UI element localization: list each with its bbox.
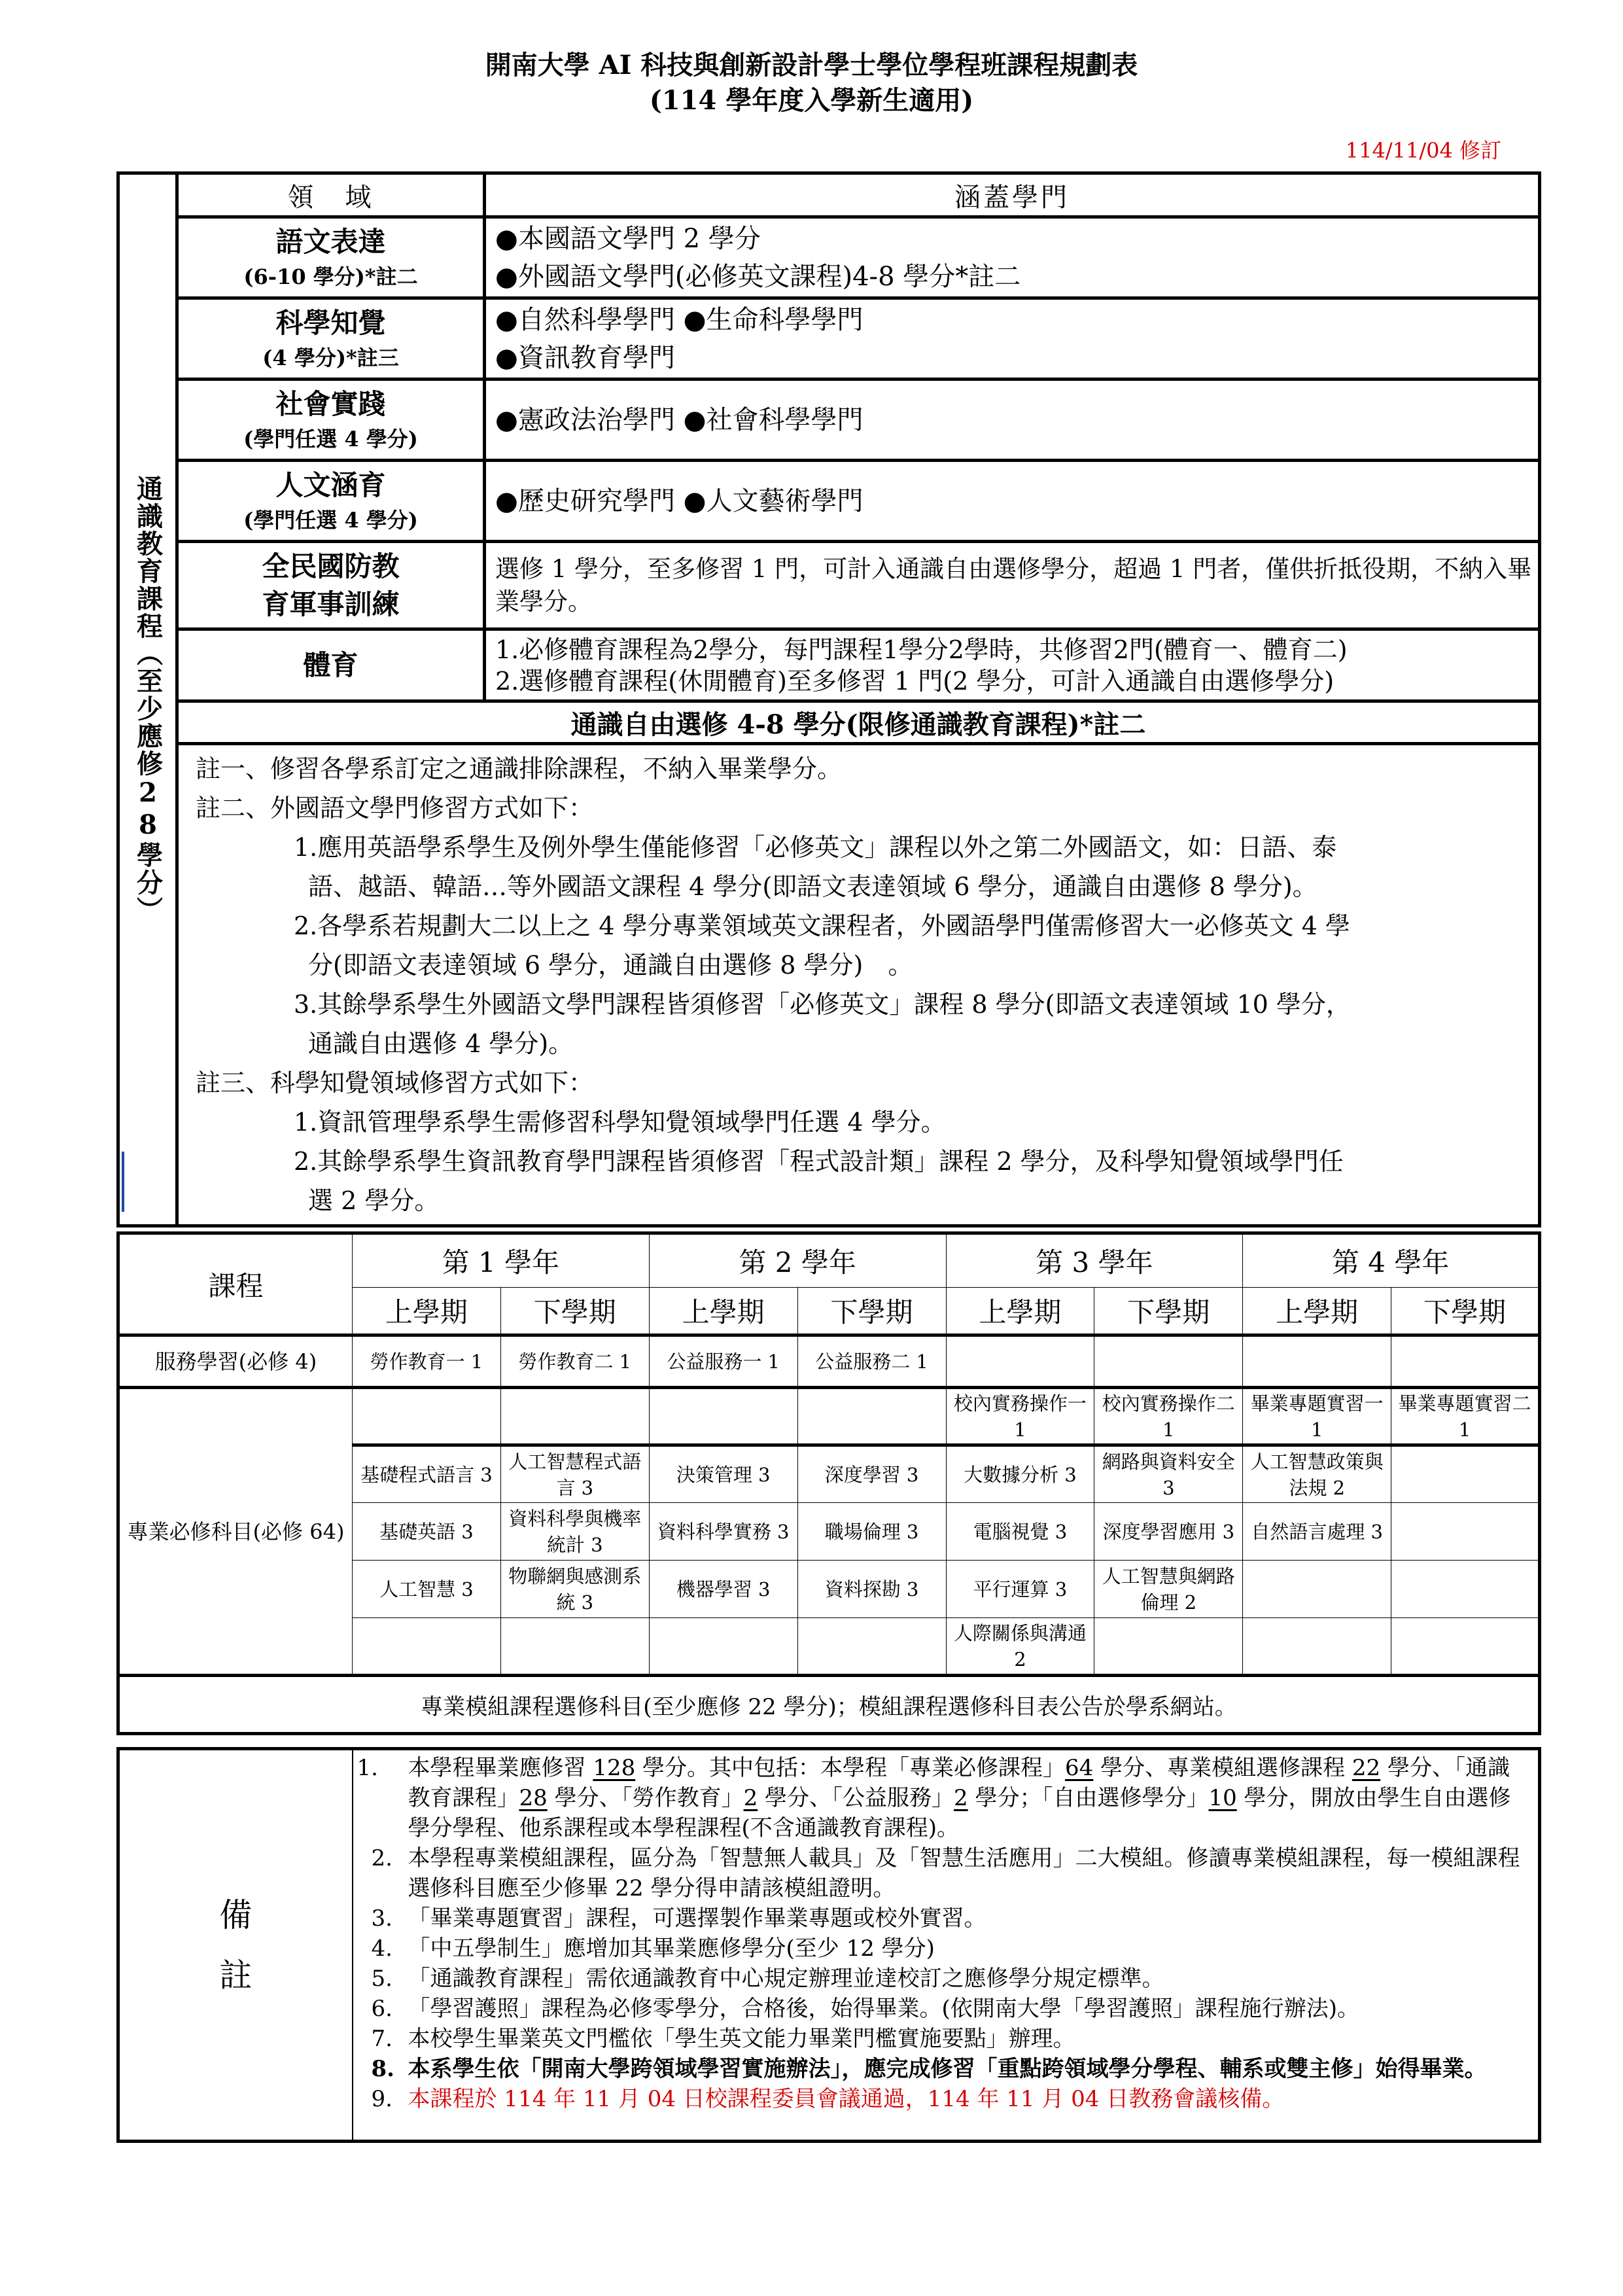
general-education-table: 通識教育課程（至少應修28學分） 領 域 涵蓋學門 語文表達(6-10 學分)*… (116, 171, 1541, 1227)
course-cell (1391, 1335, 1540, 1388)
course-cell (649, 1618, 797, 1676)
remarks-label: 備 註 (118, 1749, 353, 2142)
year-1-header: 第 1 學年 (353, 1233, 650, 1288)
course-cell (649, 1388, 797, 1445)
domain-row-defense: 全民國防教育軍事訓練 選修 1 學分，至多修習 1 門，可計入通識自由選修學分，… (118, 542, 1540, 629)
domain-name: 社會實踐 (179, 385, 483, 423)
course-cell (1243, 1335, 1391, 1388)
subject-line: ●本國語文學門 2 學分 (495, 220, 1538, 258)
free-elective-heading: 通識自由選修 4-8 學分(限修通識教育課程)*註二 (177, 701, 1540, 744)
remarks-list: 1. 本學程畢業應修習 128 學分。其中包括：本學程「專業必修課程」64 學分… (353, 1749, 1540, 2142)
domain-row-language: 語文表達(6-10 學分)*註二 ●本國語文學門 2 學分●外國語文學門(必修英… (118, 217, 1540, 298)
domain-name: 全民國防教 (179, 548, 483, 586)
year-3-header: 第 3 學年 (946, 1233, 1243, 1288)
course-cell: 公益服務二 1 (797, 1335, 946, 1388)
note-2-item: 1.應用英語學系學生及例外學生僅能修習「必修英文」課程以外之第二外國語文，如：日… (196, 828, 1529, 867)
domain-credits: (學門任選 4 學分) (179, 423, 483, 455)
defense-description: 選修 1 學分，至多修習 1 門，可計入通識自由選修學分，超過 1 門者，僅供折… (485, 542, 1540, 629)
domain-credits: (6-10 學分)*註二 (179, 261, 483, 292)
course-cell: 自然語言處理 3 (1243, 1503, 1391, 1561)
subject-line: ●自然科學學門 ●生命科學學門 (495, 301, 1538, 339)
remark-item-1: 1. 本學程畢業應修習 128 學分。其中包括：本學程「專業必修課程」64 學分… (357, 1753, 1532, 1843)
domain-name: 體育 (179, 646, 483, 684)
course-cell (797, 1388, 946, 1445)
course-cell: 平行運算 3 (946, 1561, 1094, 1618)
subject-line: ●歷史研究學門 ●人文藝術學門 (495, 482, 1538, 520)
domain-credits: (4 學分)*註三 (179, 342, 483, 374)
note-2-item: 3.其餘學系學生外國語文學門課程皆須修習「必修英文」課程 8 學分(即語文表達領… (196, 985, 1529, 1024)
course-cell: 資料科學與機率統計 3 (500, 1503, 649, 1561)
course-cell (1391, 1561, 1540, 1618)
course-cell: 人工智慧程式語言 3 (500, 1445, 649, 1503)
course-cell: 大數據分析 3 (946, 1445, 1094, 1503)
domain-credits: (學門任選 4 學分) (179, 504, 483, 536)
note-3-item-cont: 選 2 學分。 (196, 1181, 1529, 1220)
course-cell: 勞作教育一 1 (353, 1335, 501, 1388)
note-2-item-cont: 通識自由選修 4 學分)。 (196, 1024, 1529, 1063)
domain-row-humanities: 人文涵育(學門任選 4 學分) ●歷史研究學門 ●人文藝術學門 (118, 461, 1540, 542)
note-2-item-cont: 語、越語、韓語…等外國語文課程 4 學分(即語文表達領域 6 學分，通識自由選修… (196, 867, 1529, 906)
semester-header: 下學期 (1094, 1288, 1243, 1335)
domain-row-science: 科學知覺(4 學分)*註三 ●自然科學學門 ●生命科學學門●資訊教育學門 (118, 298, 1540, 380)
year-2-header: 第 2 學年 (649, 1233, 946, 1288)
semester-header: 下學期 (797, 1288, 946, 1335)
course-cell: 勞作教育二 1 (500, 1335, 649, 1388)
course-cell: 人工智慧與網路倫理 2 (1094, 1561, 1243, 1618)
domain-name: 科學知覺 (179, 304, 483, 342)
pe-line: 2.選修體育課程(休閒體育)至多修習 1 門(2 學分，可計入通識自由選修學分) (495, 665, 1538, 697)
course-cell: 校內實務操作一 1 (946, 1388, 1094, 1445)
note-1: 註一、修習各學系訂定之通識排除課程，不納入畢業學分。 (196, 749, 1529, 788)
course-cell: 資料科學實務 3 (649, 1503, 797, 1561)
course-cell: 物聯網與感測系統 3 (500, 1561, 649, 1618)
year-4-header: 第 4 學年 (1243, 1233, 1540, 1288)
domain-row-social: 社會實踐(學門任選 4 學分) ●憲政法治學門 ●社會科學學門 (118, 380, 1540, 461)
course-cell: 資料探勘 3 (797, 1561, 946, 1618)
course-cell: 人工智慧 3 (353, 1561, 501, 1618)
course-cell: 網路與資料安全 3 (1094, 1445, 1243, 1503)
remark-item-4: 4.「中五學制生」應增加其畢業應修學分(至少 12 學分) (357, 1934, 1532, 1964)
course-cell (1391, 1445, 1540, 1503)
general-education-notes: 註一、修習各學系訂定之通識排除課程，不納入畢業學分。 註二、外國語文學門修習方式… (177, 744, 1540, 1226)
subject-line: ●資訊教育學門 (495, 339, 1538, 377)
course-cell: 職場倫理 3 (797, 1503, 946, 1561)
course-cell: 基礎程式語言 3 (353, 1445, 501, 1503)
remark-item-5: 5.「通識教育課程」需依通識教育中心規定辦理並達校訂之應修學分規定標準。 (357, 1964, 1532, 1994)
remarks-table: 備 註 1. 本學程畢業應修習 128 學分。其中包括：本學程「專業必修課程」6… (116, 1747, 1541, 2143)
domain-name-cont: 育軍事訓練 (179, 586, 483, 624)
required-courses-label: 專業必修科目(必修 64) (118, 1388, 353, 1676)
course-cell: 深度學習 3 (797, 1445, 946, 1503)
course-cell: 基礎英語 3 (353, 1503, 501, 1561)
general-education-vertical-label: 通識教育課程（至少應修28學分） (118, 173, 177, 1226)
course-cell (1391, 1618, 1540, 1676)
course-cell: 深度學習應用 3 (1094, 1503, 1243, 1561)
semester-header: 上學期 (353, 1288, 501, 1335)
course-cell (1094, 1335, 1243, 1388)
curriculum-grid: 課程 第 1 學年 第 2 學年 第 3 學年 第 4 學年 上學期 下學期 上… (116, 1231, 1541, 1735)
course-cell (797, 1618, 946, 1676)
remark-item-3: 3.「畢業專題實習」課程，可選擇製作畢業專題或校外實習。 (357, 1903, 1532, 1934)
document-title: 開南大學 AI 科技與創新設計學士學位學程班課程規劃表 (0, 44, 1623, 82)
domain-name: 人文涵育 (179, 467, 483, 504)
course-cell (353, 1388, 501, 1445)
semester-header: 下學期 (500, 1288, 649, 1335)
blue-edit-mark (122, 1152, 124, 1212)
remark-item-2: 2.本學程專業模組課程，區分為「智慧無人載具」及「智慧生活應用」二大模組。修讀專… (357, 1843, 1532, 1903)
header-subjects: 涵蓋學門 (485, 173, 1540, 217)
note-2-title: 註二、外國語文學門修習方式如下： (196, 788, 1529, 828)
course-cell (1391, 1503, 1540, 1561)
note-2-item-cont: 分(即語文表達領域 6 學分，通識自由選修 8 學分) 。 (196, 945, 1529, 985)
course-cell (500, 1618, 649, 1676)
module-elective-note: 專業模組課程選修科目(至少應修 22 學分)；模組課程選修科目表公告於學系網站。 (118, 1676, 1540, 1734)
course-cell: 機器學習 3 (649, 1561, 797, 1618)
course-cell: 畢業專題實習一 1 (1243, 1388, 1391, 1445)
subject-line: ●憲政法治學門 ●社會科學學門 (495, 401, 1538, 439)
subject-line: ●外國語文學門(必修英文課程)4-8 學分*註二 (495, 258, 1538, 296)
semester-header: 上學期 (1243, 1288, 1391, 1335)
course-cell (1094, 1618, 1243, 1676)
semester-header: 上學期 (946, 1288, 1094, 1335)
pe-line: 1.必修體育課程為2學分，每門課程1學分2學時，共修習2門(體育一、體育二) (495, 634, 1538, 665)
course-cell (1243, 1618, 1391, 1676)
course-cell (500, 1388, 649, 1445)
document-subtitle: (114 學年度入學新生適用) (0, 80, 1623, 117)
course-cell: 畢業專題實習二 1 (1391, 1388, 1540, 1445)
service-learning-row: 服務學習(必修 4) 勞作教育一 1 勞作教育二 1 公益服務一 1 公益服務二… (118, 1335, 1540, 1388)
remark-item-9: 9.本課程於 114 年 11 月 04 日校課程委員會議通過，114 年 11… (357, 2084, 1532, 2114)
semester-header: 下學期 (1391, 1288, 1540, 1335)
remark-item-6: 6.「學習護照」課程為必修零學分，合格後，始得畢業。(依開南大學「學習護照」課程… (357, 1994, 1532, 2024)
header-domain: 領 域 (177, 173, 485, 217)
domain-row-pe: 體育 1.必修體育課程為2學分，每門課程1學分2學時，共修習2門(體育一、體育二… (118, 629, 1540, 701)
remark-item-8: 8.本系學生依「開南大學跨領域學習實施辦法」，應完成修習「重點跨領域學分學程、輔… (357, 2054, 1532, 2084)
domain-name: 語文表達 (179, 223, 483, 261)
course-cell (353, 1618, 501, 1676)
note-3-item: 1.資訊管理學系學生需修習科學知覺領域學門任選 4 學分。 (196, 1103, 1529, 1142)
course-header: 課程 (118, 1233, 353, 1335)
course-cell (1243, 1561, 1391, 1618)
course-cell: 電腦視覺 3 (946, 1503, 1094, 1561)
course-cell: 人工智慧政策與法規 2 (1243, 1445, 1391, 1503)
semester-header: 上學期 (649, 1288, 797, 1335)
remark-item-7: 7.本校學生畢業英文門檻依「學生英文能力畢業門檻實施要點」辦理。 (357, 2024, 1532, 2054)
course-cell: 人際關係與溝通 2 (946, 1618, 1094, 1676)
course-cell: 公益服務一 1 (649, 1335, 797, 1388)
course-cell: 校內實務操作二 1 (1094, 1388, 1243, 1445)
note-3-item: 2.其餘學系學生資訊教育學門課程皆須修習「程式設計類」課程 2 學分，及科學知覺… (196, 1142, 1529, 1181)
revision-date: 114/11/04 修訂 (1346, 134, 1501, 164)
course-cell (946, 1335, 1094, 1388)
required-row: 專業必修科目(必修 64) 校內實務操作一 1 校內實務操作二 1 畢業專題實習… (118, 1388, 1540, 1445)
service-learning-label: 服務學習(必修 4) (118, 1335, 353, 1388)
course-cell: 決策管理 3 (649, 1445, 797, 1503)
note-3-title: 註三、科學知覺領域修習方式如下： (196, 1063, 1529, 1103)
note-2-item: 2.各學系若規劃大二以上之 4 學分專業領域英文課程者，外國語學門僅需修習大一必… (196, 906, 1529, 945)
